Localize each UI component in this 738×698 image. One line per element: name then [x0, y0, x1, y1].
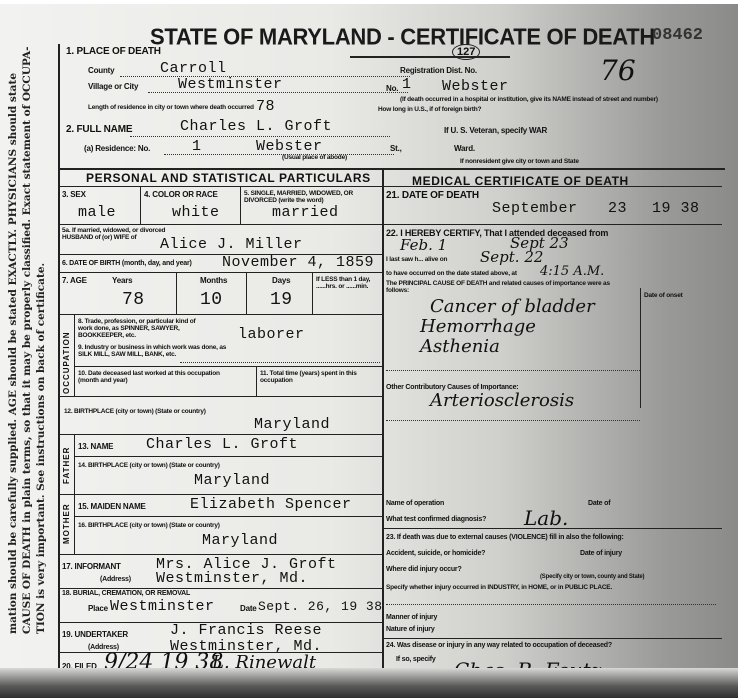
- section-divider: [60, 168, 725, 170]
- undertaker-label: 19. UNDERTAKER: [62, 630, 128, 639]
- full-name-value: Charles L. Groft: [180, 118, 332, 135]
- row-rule: [60, 494, 382, 495]
- street-no-value: 1: [402, 76, 412, 93]
- mother-side-label: MOTHER: [62, 503, 71, 544]
- date-of-death-month: September: [492, 200, 578, 217]
- usual-place-note: (Usual place of abode): [282, 154, 347, 161]
- age-label: 7. AGE: [62, 276, 87, 285]
- days-label: Days: [272, 276, 290, 285]
- informant-address-value: Westminster, Md.: [156, 570, 308, 587]
- occupation-label: 8. Trade, profession, or particular kind…: [78, 318, 208, 339]
- cell-divider: [312, 272, 313, 314]
- row-rule: [382, 528, 722, 529]
- residence-length-value: 78: [256, 98, 275, 115]
- specify-if-label: If so, specify: [396, 656, 436, 663]
- county-value: Carroll: [160, 60, 227, 77]
- sex-label: 3. SEX: [62, 190, 86, 199]
- accident-label: Accident, suicide, or homicide?: [386, 550, 485, 557]
- date-of-death-day: 23: [608, 200, 627, 217]
- row-rule: [60, 224, 382, 225]
- cell-divider: [74, 314, 75, 396]
- spouse-value: Alice J. Miller: [160, 236, 303, 253]
- diagnosis-value: Lab.: [524, 506, 568, 530]
- column-divider: [382, 168, 384, 668]
- burial-place-label: Place: [88, 604, 108, 613]
- cell-divider: [640, 288, 641, 408]
- total-time-label: 11. Total time (years) spent in this occ…: [260, 370, 380, 384]
- street-value: Webster: [442, 78, 509, 95]
- other-causes-value: Arteriosclerosis: [430, 390, 574, 411]
- cause-2: Hemorrhage: [420, 316, 536, 337]
- village-label: Village or City: [88, 82, 138, 91]
- occupation-side-label: OCCUPATION: [62, 331, 71, 394]
- father-birthplace-value: Maryland: [194, 472, 270, 489]
- years-value: 78: [122, 290, 145, 310]
- cell-divider: [176, 272, 177, 314]
- row-rule: [60, 588, 382, 589]
- birthplace-label: 12. BIRTHPLACE (city or town) (State or …: [64, 408, 206, 415]
- undertaker-value: J. Francis Reese: [170, 622, 322, 639]
- full-name-label: 2. FULL NAME: [66, 124, 132, 135]
- burial-label: 18. BURIAL, CREMATION, OR REMOVAL: [62, 590, 190, 597]
- diagnosis-label: What test confirmed diagnosis?: [386, 516, 486, 523]
- row-rule: [74, 456, 382, 457]
- burial-date-value: Sept. 26, 19 38: [258, 599, 383, 614]
- cause-1: Cancer of bladder: [430, 296, 595, 317]
- mother-birthplace-label: 16. BIRTHPLACE (city or town) (State or …: [78, 522, 220, 529]
- date-onset-label: Date of onset: [644, 292, 683, 299]
- cause-label: The PRINCIPAL CAUSE OF DEATH and related…: [386, 280, 626, 294]
- row-rule: [60, 314, 382, 315]
- industry-label: 9. Industry or business in which work wa…: [78, 344, 228, 358]
- color-label: 4. COLOR OR RACE: [144, 190, 218, 199]
- operation-date-label: Date of: [588, 500, 610, 507]
- injury-date-label: Date of injury: [580, 550, 622, 557]
- registration-label: Registration Dist. No.: [400, 66, 477, 75]
- less-than-day-label: If LESS than 1 day, ......hrs. or ......…: [316, 276, 380, 290]
- full-name-line: [130, 136, 390, 137]
- row-rule: [60, 434, 382, 435]
- months-value: 10: [200, 290, 223, 310]
- county-label: County: [88, 66, 114, 75]
- occupation-value: laborer: [238, 326, 305, 343]
- occupation-related-label: 24. Was disease or injury in any way rel…: [386, 642, 612, 649]
- nonresident-label: If nonresident give city or town and Sta…: [460, 158, 579, 165]
- residence-length-label: Length of residence in city or town wher…: [88, 104, 254, 111]
- last-worked-label: 10. Date deceased last worked at this oc…: [78, 370, 228, 384]
- date-of-death-label: 21. DATE OF DEATH: [386, 190, 479, 201]
- certificate-title: STATE OF MARYLAND - CERTIFICATE OF DEATH: [150, 23, 670, 50]
- cell-divider: [140, 186, 141, 224]
- birthplace-value: Maryland: [254, 416, 330, 433]
- place-of-death-label: 1. PLACE OF DEATH: [66, 46, 161, 57]
- informant-label: 17. INFORMANT: [62, 562, 121, 571]
- side-instruction-line-3: TION is very important. See instructions…: [34, 34, 48, 634]
- nature-label: Nature of injury: [386, 626, 435, 633]
- marital-label: 5. SINGLE, MARRIED, WIDOWED, OR DIVORCED…: [244, 190, 380, 204]
- days-value: 19: [270, 290, 293, 310]
- cell-divider: [74, 494, 75, 554]
- father-birthplace-label: 14. BIRTHPLACE (city or town) (State or …: [78, 462, 220, 469]
- sex-value: male: [78, 204, 116, 221]
- row-rule: [60, 554, 382, 555]
- father-name-label: 13. NAME: [78, 442, 113, 451]
- cause-line: [386, 370, 640, 371]
- years-label: Years: [112, 276, 132, 285]
- mother-birthplace-value: Maryland: [202, 532, 278, 549]
- death-occurred-label: to have occurred on the date stated abov…: [386, 270, 517, 277]
- row-rule: [382, 224, 722, 225]
- marital-value: married: [272, 204, 339, 221]
- ward-label: Ward.: [454, 144, 475, 153]
- last-seen-label: I last saw h... alive on: [386, 256, 447, 263]
- row-rule: [74, 366, 382, 367]
- cell-divider: [246, 272, 247, 314]
- manner-label: Manner of injury: [386, 614, 437, 621]
- attended-from: Feb. 1: [400, 236, 447, 254]
- dob-label: 6. DATE OF BIRTH (month, day, and year): [62, 260, 192, 267]
- side-instructions: mation should be carefully supplied. AGE…: [2, 34, 52, 634]
- hospital-note: (If death occurred in a hospital or inst…: [400, 96, 658, 103]
- burial-place-value: Westminster: [110, 598, 215, 615]
- cell-divider: [240, 186, 241, 224]
- specify-location-label: (Specify city or town, county and State): [540, 574, 644, 580]
- injury-line: [386, 604, 716, 605]
- industry-line: [180, 362, 380, 363]
- months-label: Months: [200, 276, 227, 285]
- certificate-number: 08462: [652, 26, 703, 45]
- street-no-label: No.: [386, 84, 398, 93]
- village-value: Westminster: [178, 76, 283, 93]
- color-value: white: [172, 204, 220, 221]
- industry-home-label: Specify whether injury occurred in INDUS…: [386, 584, 612, 591]
- st-label: St.,: [390, 144, 402, 153]
- us-residence-label: How long in U.S., if of foreign birth?: [378, 106, 481, 113]
- residence-label: (a) Residence: No.: [84, 144, 150, 153]
- row-rule: [74, 516, 382, 517]
- burial-date-label: Date: [240, 604, 257, 613]
- side-instruction-line-2: CAUSE OF DEATH in plain terms, so that i…: [20, 34, 34, 634]
- mother-name-value: Elizabeth Spencer: [190, 496, 352, 513]
- death-certificate: mation should be carefully supplied. AGE…: [0, 4, 738, 672]
- row-rule: [60, 396, 382, 397]
- informant-address-label: (Address): [100, 576, 131, 583]
- scan-shadow: [0, 668, 738, 698]
- father-name-value: Charles L. Groft: [146, 436, 298, 453]
- veteran-label: If U. S. Veteran, specify WAR: [444, 126, 547, 135]
- external-causes-label: 23. If death was due to external causes …: [386, 534, 624, 541]
- dob-value: November 4, 1859: [222, 254, 374, 271]
- certificate-form: STATE OF MARYLAND - CERTIFICATE OF DEATH…: [58, 44, 723, 672]
- residence-no-value: 1: [192, 138, 202, 155]
- other-causes-line: [386, 420, 640, 421]
- registration-number: 76: [600, 54, 636, 87]
- injury-where-label: Where did injury occur?: [386, 566, 462, 573]
- cause-3: Asthenia: [420, 336, 500, 357]
- cell-divider: [256, 366, 257, 396]
- title-rule: [350, 56, 510, 58]
- row-rule: [382, 638, 722, 639]
- mother-name-label: 15. MAIDEN NAME: [78, 502, 146, 511]
- death-time: 4:15 A.M.: [540, 264, 604, 279]
- row-rule: [60, 186, 382, 187]
- personal-section-title: PERSONAL AND STATISTICAL PARTICULARS: [86, 171, 371, 185]
- date-of-death-year: 19 38: [652, 200, 700, 217]
- father-side-label: FATHER: [62, 447, 71, 484]
- row-rule: [382, 186, 722, 187]
- row-rule: [60, 272, 382, 273]
- last-seen-value: Sept. 22: [480, 248, 543, 266]
- operation-label: Name of operation: [386, 500, 444, 507]
- side-instruction-line-1: mation should be carefully supplied. AGE…: [6, 34, 20, 634]
- residence-street-value: Webster: [256, 138, 323, 155]
- cell-divider: [74, 434, 75, 494]
